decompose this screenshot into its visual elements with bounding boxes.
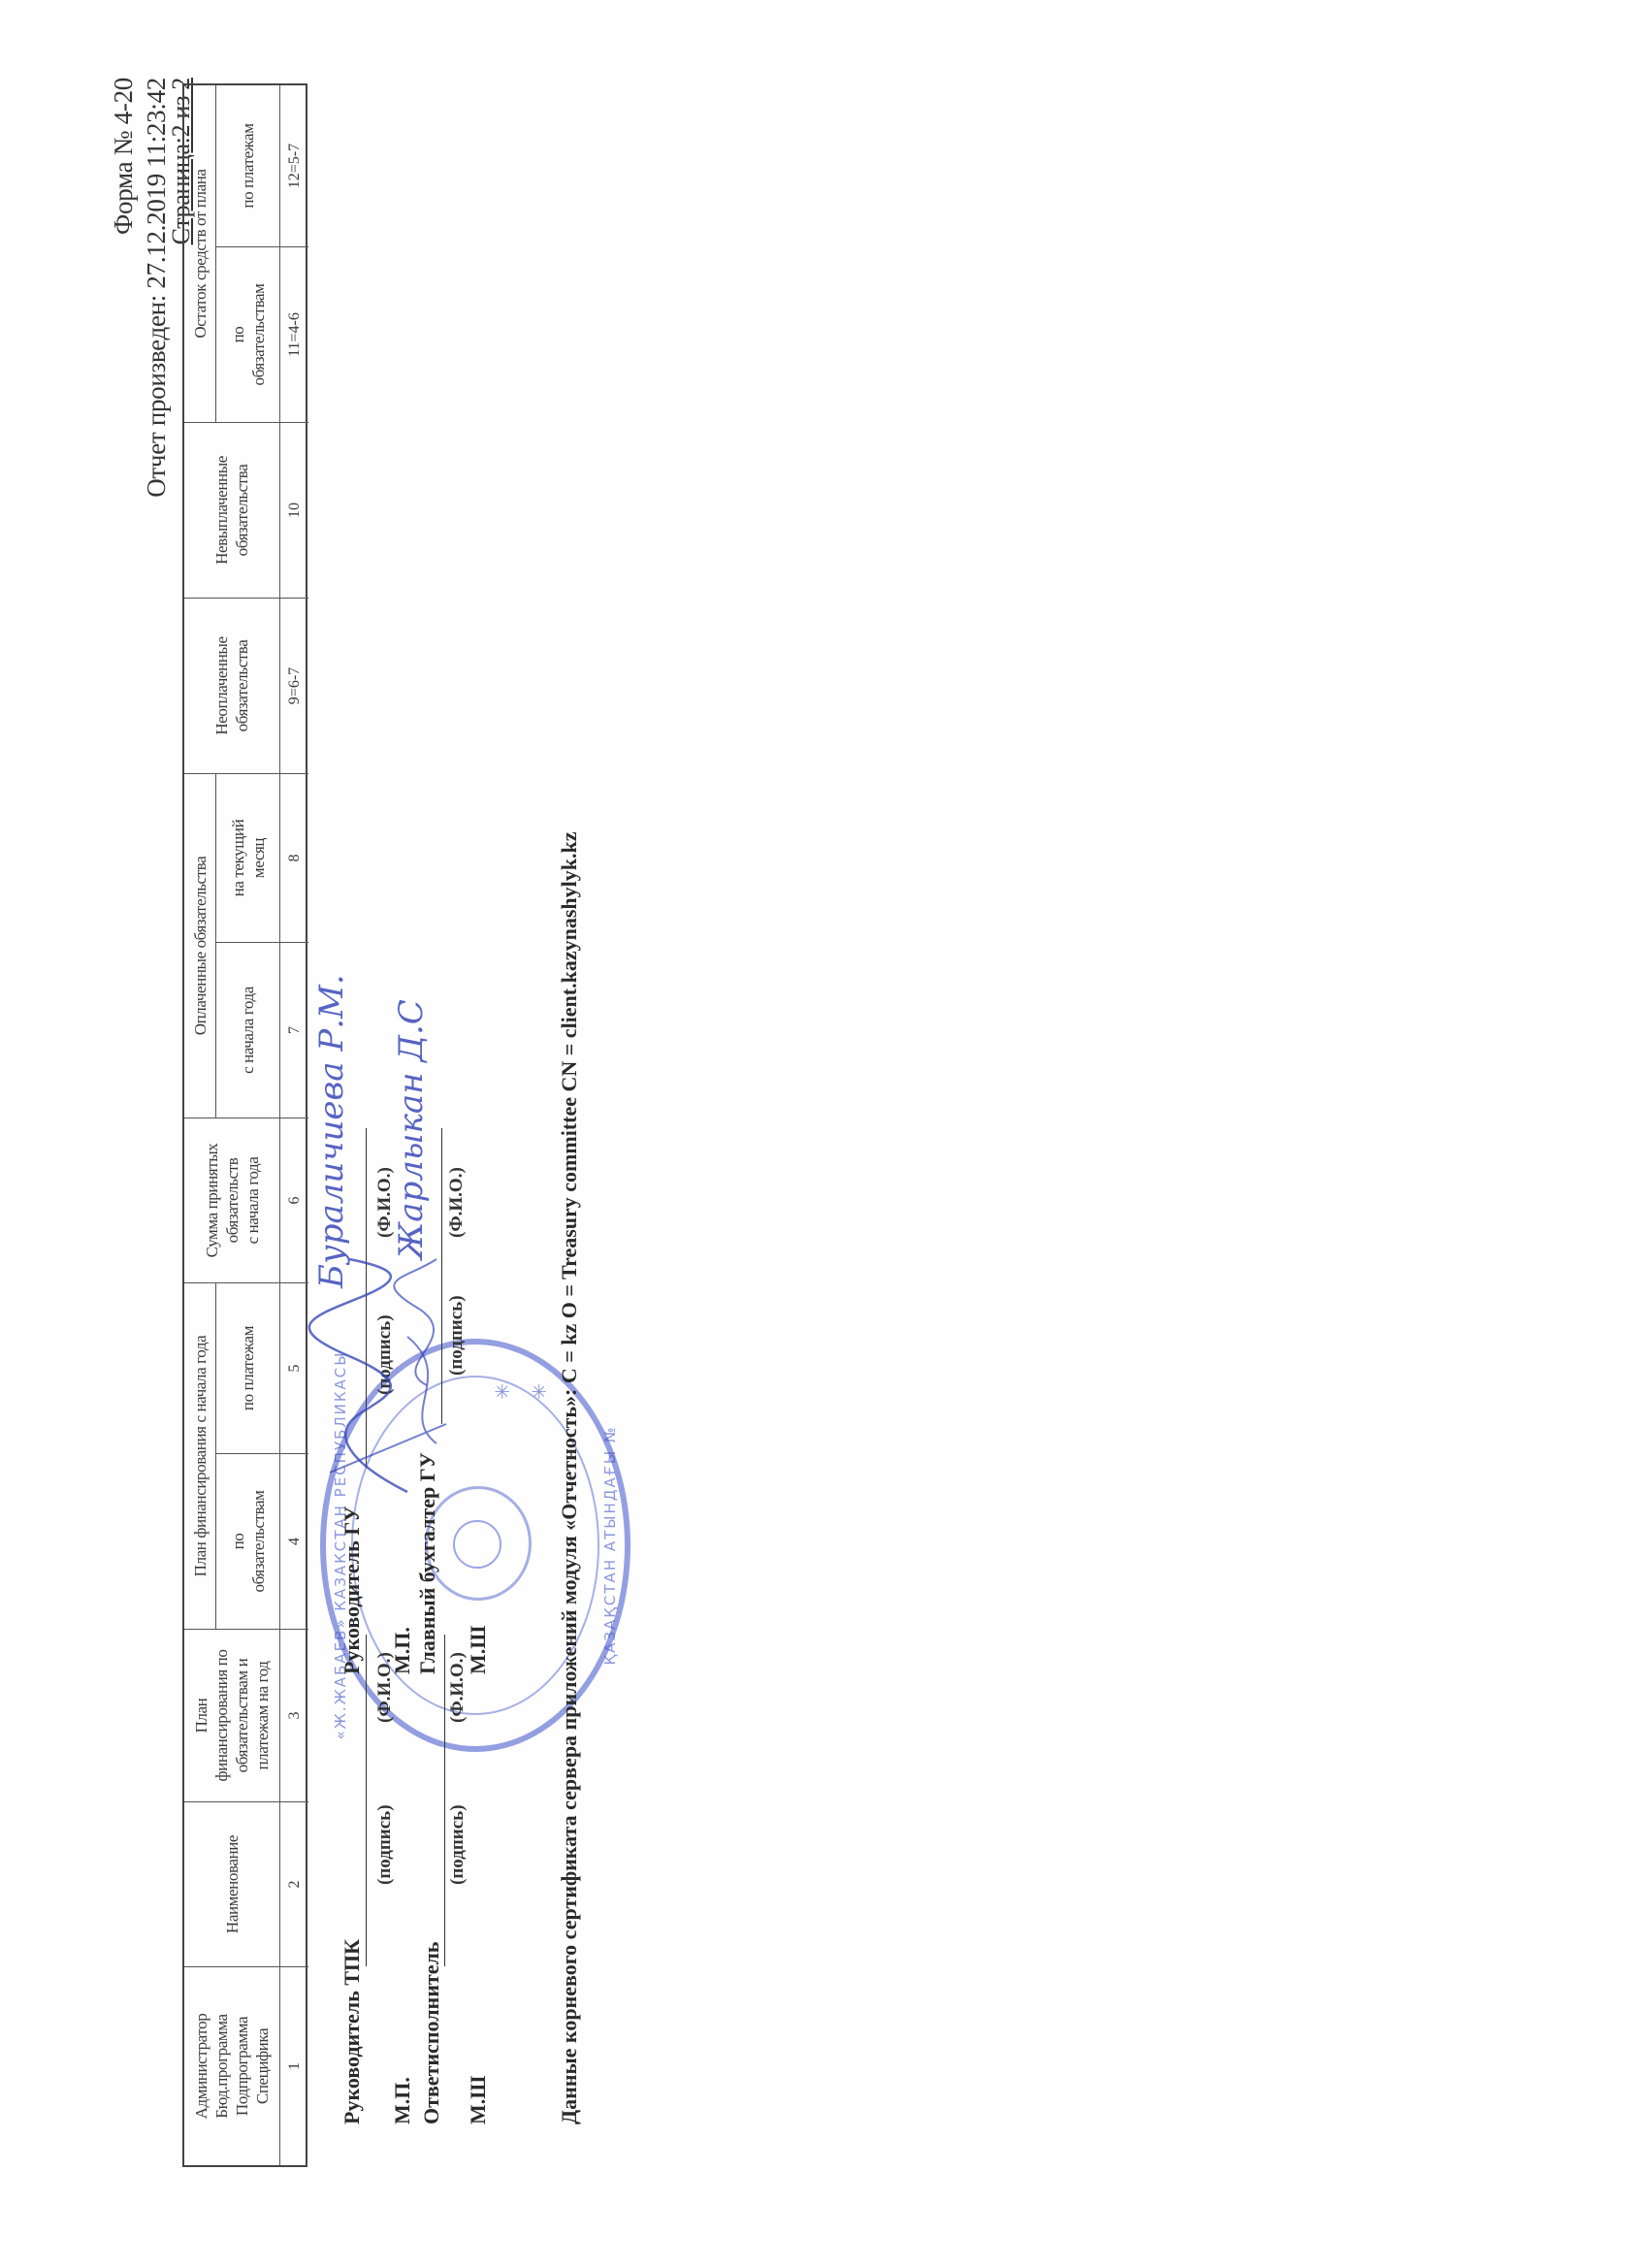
col-header-2: Наименование [184,1801,279,1966]
col-number-4: 4 [280,1453,308,1629]
seal-ms-right: М.Ш [466,1626,491,1674]
report-page: Форма № 4-20 Отчет произведен: 27.12.201… [0,0,1649,2268]
col-number-5: 5 [280,1282,308,1453]
column-number-row: 1 2 3 4 5 6 7 8 9=6-7 10 11=4-6 12=5-7 [279,85,308,2165]
group-header-plan-ytd: План финансирования с начала года [184,1282,216,1629]
form-number: Форма № 4-20 [109,78,138,235]
group-header-paid: Оплаченные обязательства [184,773,216,1118]
head-gu-sign-caption: (подпись) [374,1314,396,1395]
seal-mp-right: М.П. [390,1627,415,1674]
head-tpk-sign-caption: (подпись) [374,1804,396,1885]
col-header-8: на текущий месяц [216,773,279,942]
col-header-10: Невыплаченные обязательства [184,422,279,598]
col-number-9: 9=6-7 [280,598,308,773]
chief-accountant-name-caption: (Ф.И.О.) [446,1167,468,1238]
head-tpk-signature-line [366,1635,367,1966]
seal-mp-left: М.П. [390,2077,415,2124]
col-header-11: по обязательствам [216,246,279,422]
col-header-1: Администратор Бюд.программа Подпрограмма… [184,1966,279,2165]
col-header-9: Неоплаченные обязательства [184,598,279,773]
seal-ms-left: М.Ш [466,2076,491,2124]
chief-accountant-signature-line [441,1128,442,1424]
handwritten-name-chief-accountant: Жарлыкан Д.С [392,999,431,1259]
executor-label: Ответисполнитель [419,1942,444,2124]
executor-signature-line [444,1635,445,1966]
col-header-5: по платежам [216,1282,279,1453]
chief-accountant-sign-caption: (подпись) [446,1295,468,1376]
stamp-text-bottom: ҚАЗАҚСТАН АТЫНДАҒЫ № [601,1345,619,1746]
col-number-3: 3 [280,1629,308,1801]
col-number-6: 6 [280,1118,308,1282]
executor-sign-caption: (подпись) [447,1804,469,1885]
col-header-6: Сумма принятых обязательств с начала год… [184,1118,279,1282]
financing-plan-table: Администратор Бюд.программа Подпрограмма… [182,83,307,2167]
star-icon: ✳ [528,1383,551,1400]
col-number-11: 11=4-6 [280,246,308,422]
chief-accountant-label: Главный бухгалтер ГУ [415,1452,440,1674]
col-header-3: План финансирования по обязательствам и … [184,1629,279,1801]
handwritten-name-head-gu: Бураличиева Р.М. [312,974,351,1288]
head-gu-signature-line [366,1128,367,1468]
group-header-remainder: Остаток средств от плана [184,85,216,422]
col-header-12: по платежам [216,85,279,246]
official-seal-stamp: «Ж.ЖАБАЕВ» КАЗАКСТАН РЕСПУБЛИКАСЫ ҚАЗАҚС… [320,1339,630,1752]
col-number-8: 8 [280,773,308,942]
head-tpk-label: Руководитель ТПК [339,1939,365,2124]
col-header-7: с начала года [216,942,279,1118]
col-number-7: 7 [280,942,308,1118]
col-header-4: по обязательствам [216,1453,279,1629]
star-icon: ✳ [491,1383,514,1400]
col-number-12: 12=5-7 [280,85,308,246]
certificate-info-footer: Данные корневого сертификата сервера при… [557,831,582,2124]
col-number-10: 10 [280,422,308,598]
col-number-1: 1 [280,1966,308,2165]
head-gu-label: Руководитель ГУ [339,1507,365,1674]
state-emblem-icon [425,1486,532,1601]
col-number-2: 2 [280,1801,308,1966]
